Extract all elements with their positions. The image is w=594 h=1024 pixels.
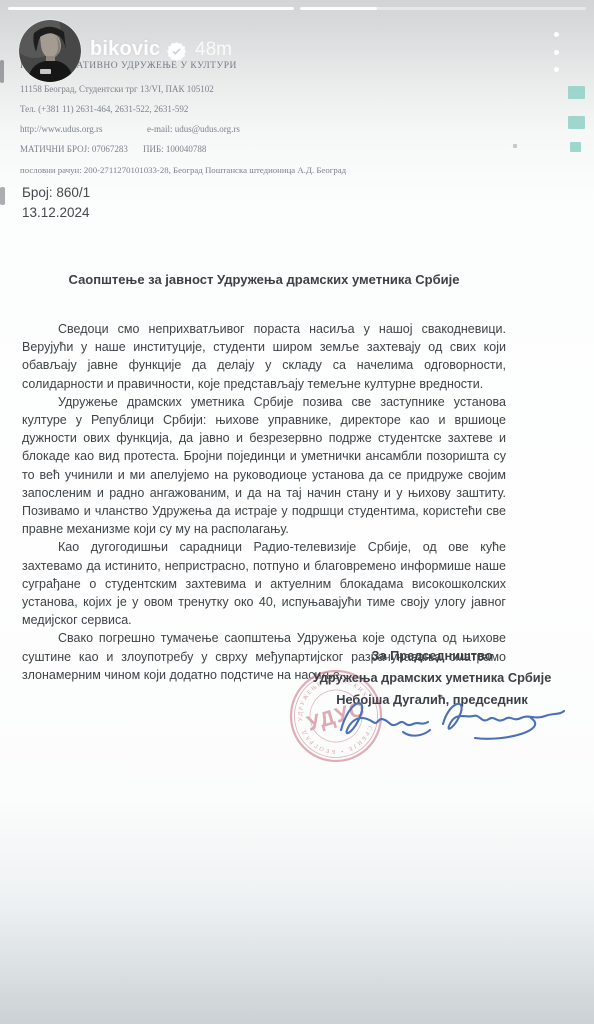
story-timestamp: 48m: [195, 39, 232, 61]
signature-for-line: За Председништво: [292, 645, 572, 667]
avatar[interactable]: [19, 20, 81, 82]
username[interactable]: bikovic: [90, 38, 160, 61]
signature-org-line: Удружења драмских уметника Србије: [292, 667, 572, 689]
story-progress-bars: [8, 7, 586, 10]
document-image: РЕПРЕЗЕНТАТИВНО УДРУЖЕЊЕ У КУЛТУРИ 11158…: [0, 0, 594, 1024]
story-progress-segment-2: [300, 7, 586, 10]
scan-artifact: [0, 187, 5, 205]
scan-artifact-highlight: [568, 116, 585, 129]
dot-icon: [554, 50, 559, 55]
handwritten-signature: [333, 688, 570, 758]
story-progress-segment-1: [8, 7, 294, 10]
letterhead-email: e-mail: udus@udus.org.rs: [147, 124, 240, 134]
story-header: bikovic 48m: [0, 0, 594, 96]
document-title: Саопштење за јавност Удружења драмских у…: [22, 272, 506, 287]
dot-icon: [554, 32, 559, 37]
letterhead-phone: Тел. (+381 11) 2631-464, 2631-522, 2631-…: [20, 104, 188, 114]
letterhead-website: http://www.udus.org.rs: [20, 124, 103, 134]
letterhead-tax-number: ПИБ: 100040788: [143, 144, 206, 154]
story-progress-fill-2: [300, 7, 377, 10]
story-progress-fill-1: [8, 7, 294, 10]
avatar-portrait-image: [19, 20, 81, 82]
scan-artifact-highlight: [570, 142, 581, 152]
verified-badge-icon: [167, 42, 186, 61]
more-options-button[interactable]: [546, 30, 566, 74]
document-body: Сведоци смо неприхватљивог пораста насиљ…: [22, 320, 506, 684]
paragraph-3: Као дугогодишњи сарадници Радио-телевизи…: [22, 538, 506, 629]
story-viewer: bikovic 48m РЕПРЕЗЕНТАТИВНО УДРУЖЕЊЕ У К…: [0, 0, 594, 1024]
scan-artifact: [513, 144, 517, 148]
letterhead-bank-account: пословни рачун: 200-2711270101033-28, Бе…: [20, 165, 346, 175]
document-date: 13.12.2024: [22, 205, 90, 220]
document-reference-number: Број: 860/1: [22, 185, 90, 200]
paragraph-2: Удружење драмских уметника Србије позива…: [22, 393, 506, 539]
paragraph-1: Сведоци смо неприхватљивог пораста насиљ…: [22, 320, 506, 393]
dot-icon: [554, 67, 559, 72]
letterhead-registry-number: МАТИЧНИ БРОЈ: 07067283: [20, 144, 128, 154]
